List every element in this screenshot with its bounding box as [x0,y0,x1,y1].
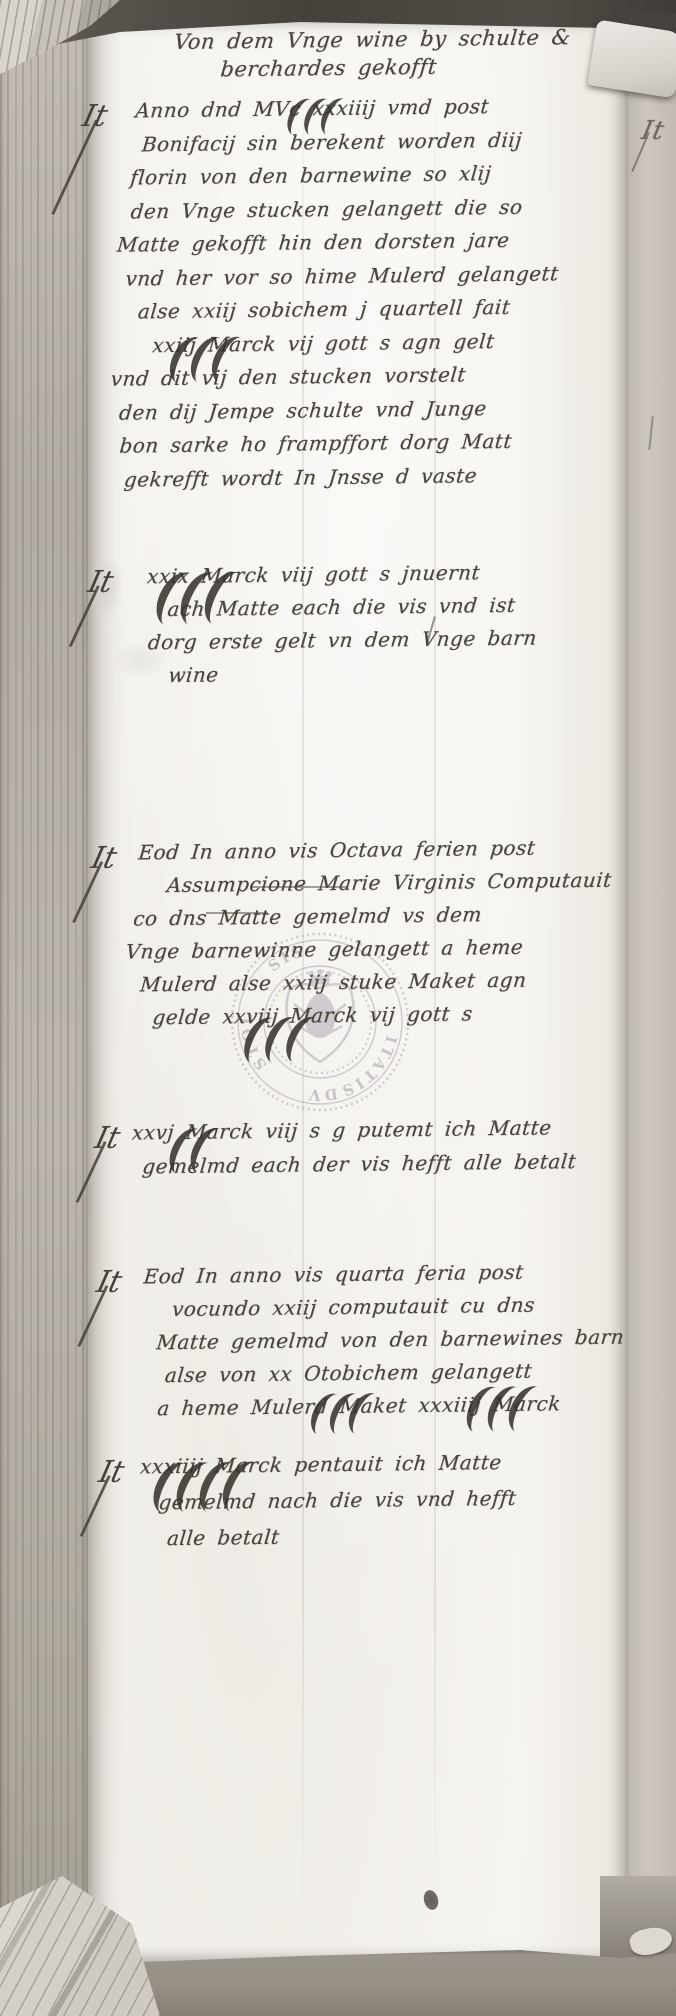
manuscript-text: Von dem Vnge wine by schulte & bercharde… [0,0,676,2016]
manuscript-line: wine [90,657,633,697]
manuscript-line: gelde xxviij Marck vij gott s [95,999,638,1039]
header-line: berchardes gekofft [219,55,438,82]
macron-stroke [206,912,268,914]
ledger-entry: It Anno dnd MVc xxxiiij vmd post Bonifac… [85,92,630,501]
header-line: Von dem Vnge wine by schulte & [173,25,572,54]
manuscript-line: alle betalt [101,1520,644,1563]
macron-stroke [252,886,348,888]
ledger-entry: It Eod In anno vis Octava ferien post As… [94,834,636,1039]
page-corner-curl [587,20,676,99]
manuscript-scan: It SIS ITATIS DV STOL [0,0,676,2016]
manuscript-line: gekrefft wordt In Jnsse d vaste [88,461,631,501]
